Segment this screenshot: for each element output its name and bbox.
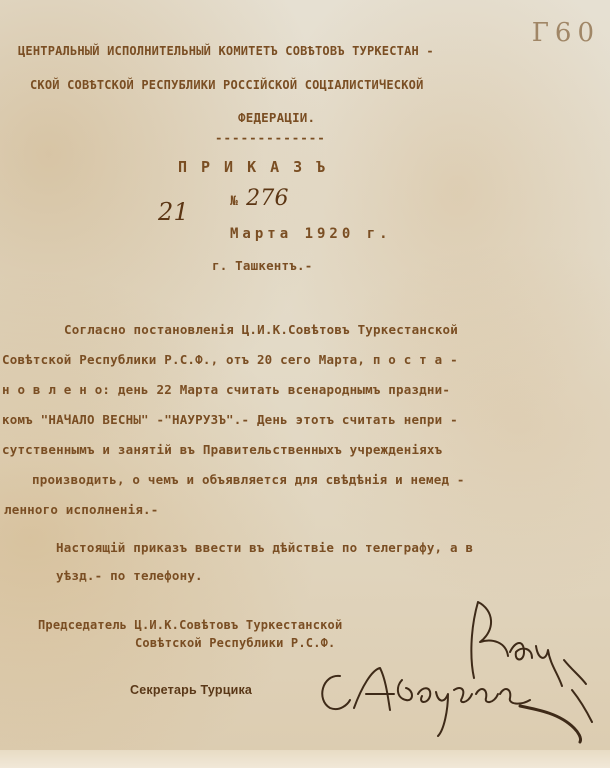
archival-document: Г60 ЦЕНТРАЛЬНЫЙ ИСПОЛНИТЕЛЬНЫЙ КОМИТЕТЪ …: [0, 0, 610, 768]
order-date: Марта 1920 г.: [230, 226, 392, 242]
body-line: Согласно постановленія Ц.И.К.Совѣтовъ Ту…: [64, 322, 458, 337]
chairman-title-line-2: Совѣтской Республики Р.С.Ф.: [135, 636, 335, 650]
header-line-2: СКОЙ СОВѢТСКОЙ РЕСПУБЛИКИ РОССІЙСКОЙ СОЦ…: [30, 78, 424, 92]
header-line-3: ФЕДЕРАЦІИ.: [238, 110, 315, 125]
body-line: уѣзд.- по телефону.: [56, 568, 203, 583]
body-line: Совѣтской Республики Р.С.Ф., отъ 20 сего…: [2, 352, 458, 367]
body-line: Настоящій приказъ ввести въ дѣйствіе по …: [56, 540, 473, 555]
number-prefix: №: [230, 194, 238, 209]
body-line: сутственнымъ и занятій въ Правительствен…: [2, 442, 442, 457]
body-line: н о в л е н о: день 22 Марта считать все…: [2, 382, 450, 397]
secretary-signature: [322, 668, 530, 736]
chairman-signature: [471, 602, 592, 722]
archive-page-number: Г60: [532, 18, 600, 48]
order-number: № 276: [230, 186, 289, 211]
handwritten-signatures: [310, 590, 600, 750]
order-place: г. Ташкентъ.-: [212, 258, 312, 273]
document-title: ПРИКАЗЪ: [178, 158, 339, 176]
paper-bottom-edge: [0, 750, 610, 768]
body-line: ленного исполненія.-: [4, 502, 159, 517]
secretary-label: Секретарь Турцика: [130, 683, 252, 697]
chairman-title-line-1: Председатель Ц.И.К.Совѣтовъ Туркестанско…: [38, 618, 342, 632]
handwritten-order-number: 276: [246, 186, 289, 211]
handwritten-day: 21: [158, 198, 189, 226]
body-line: комъ "НАЧАЛО ВЕСНЫ" -"НАУРУЗЪ".- День эт…: [2, 412, 458, 427]
header-line-1: ЦЕНТРАЛЬНЫЙ ИСПОЛНИТЕЛЬНЫЙ КОМИТЕТЪ СОВѢ…: [18, 44, 434, 58]
body-line: производить, о чемъ и объявляется для св…: [32, 472, 465, 487]
header-divider: -------------: [215, 130, 326, 145]
